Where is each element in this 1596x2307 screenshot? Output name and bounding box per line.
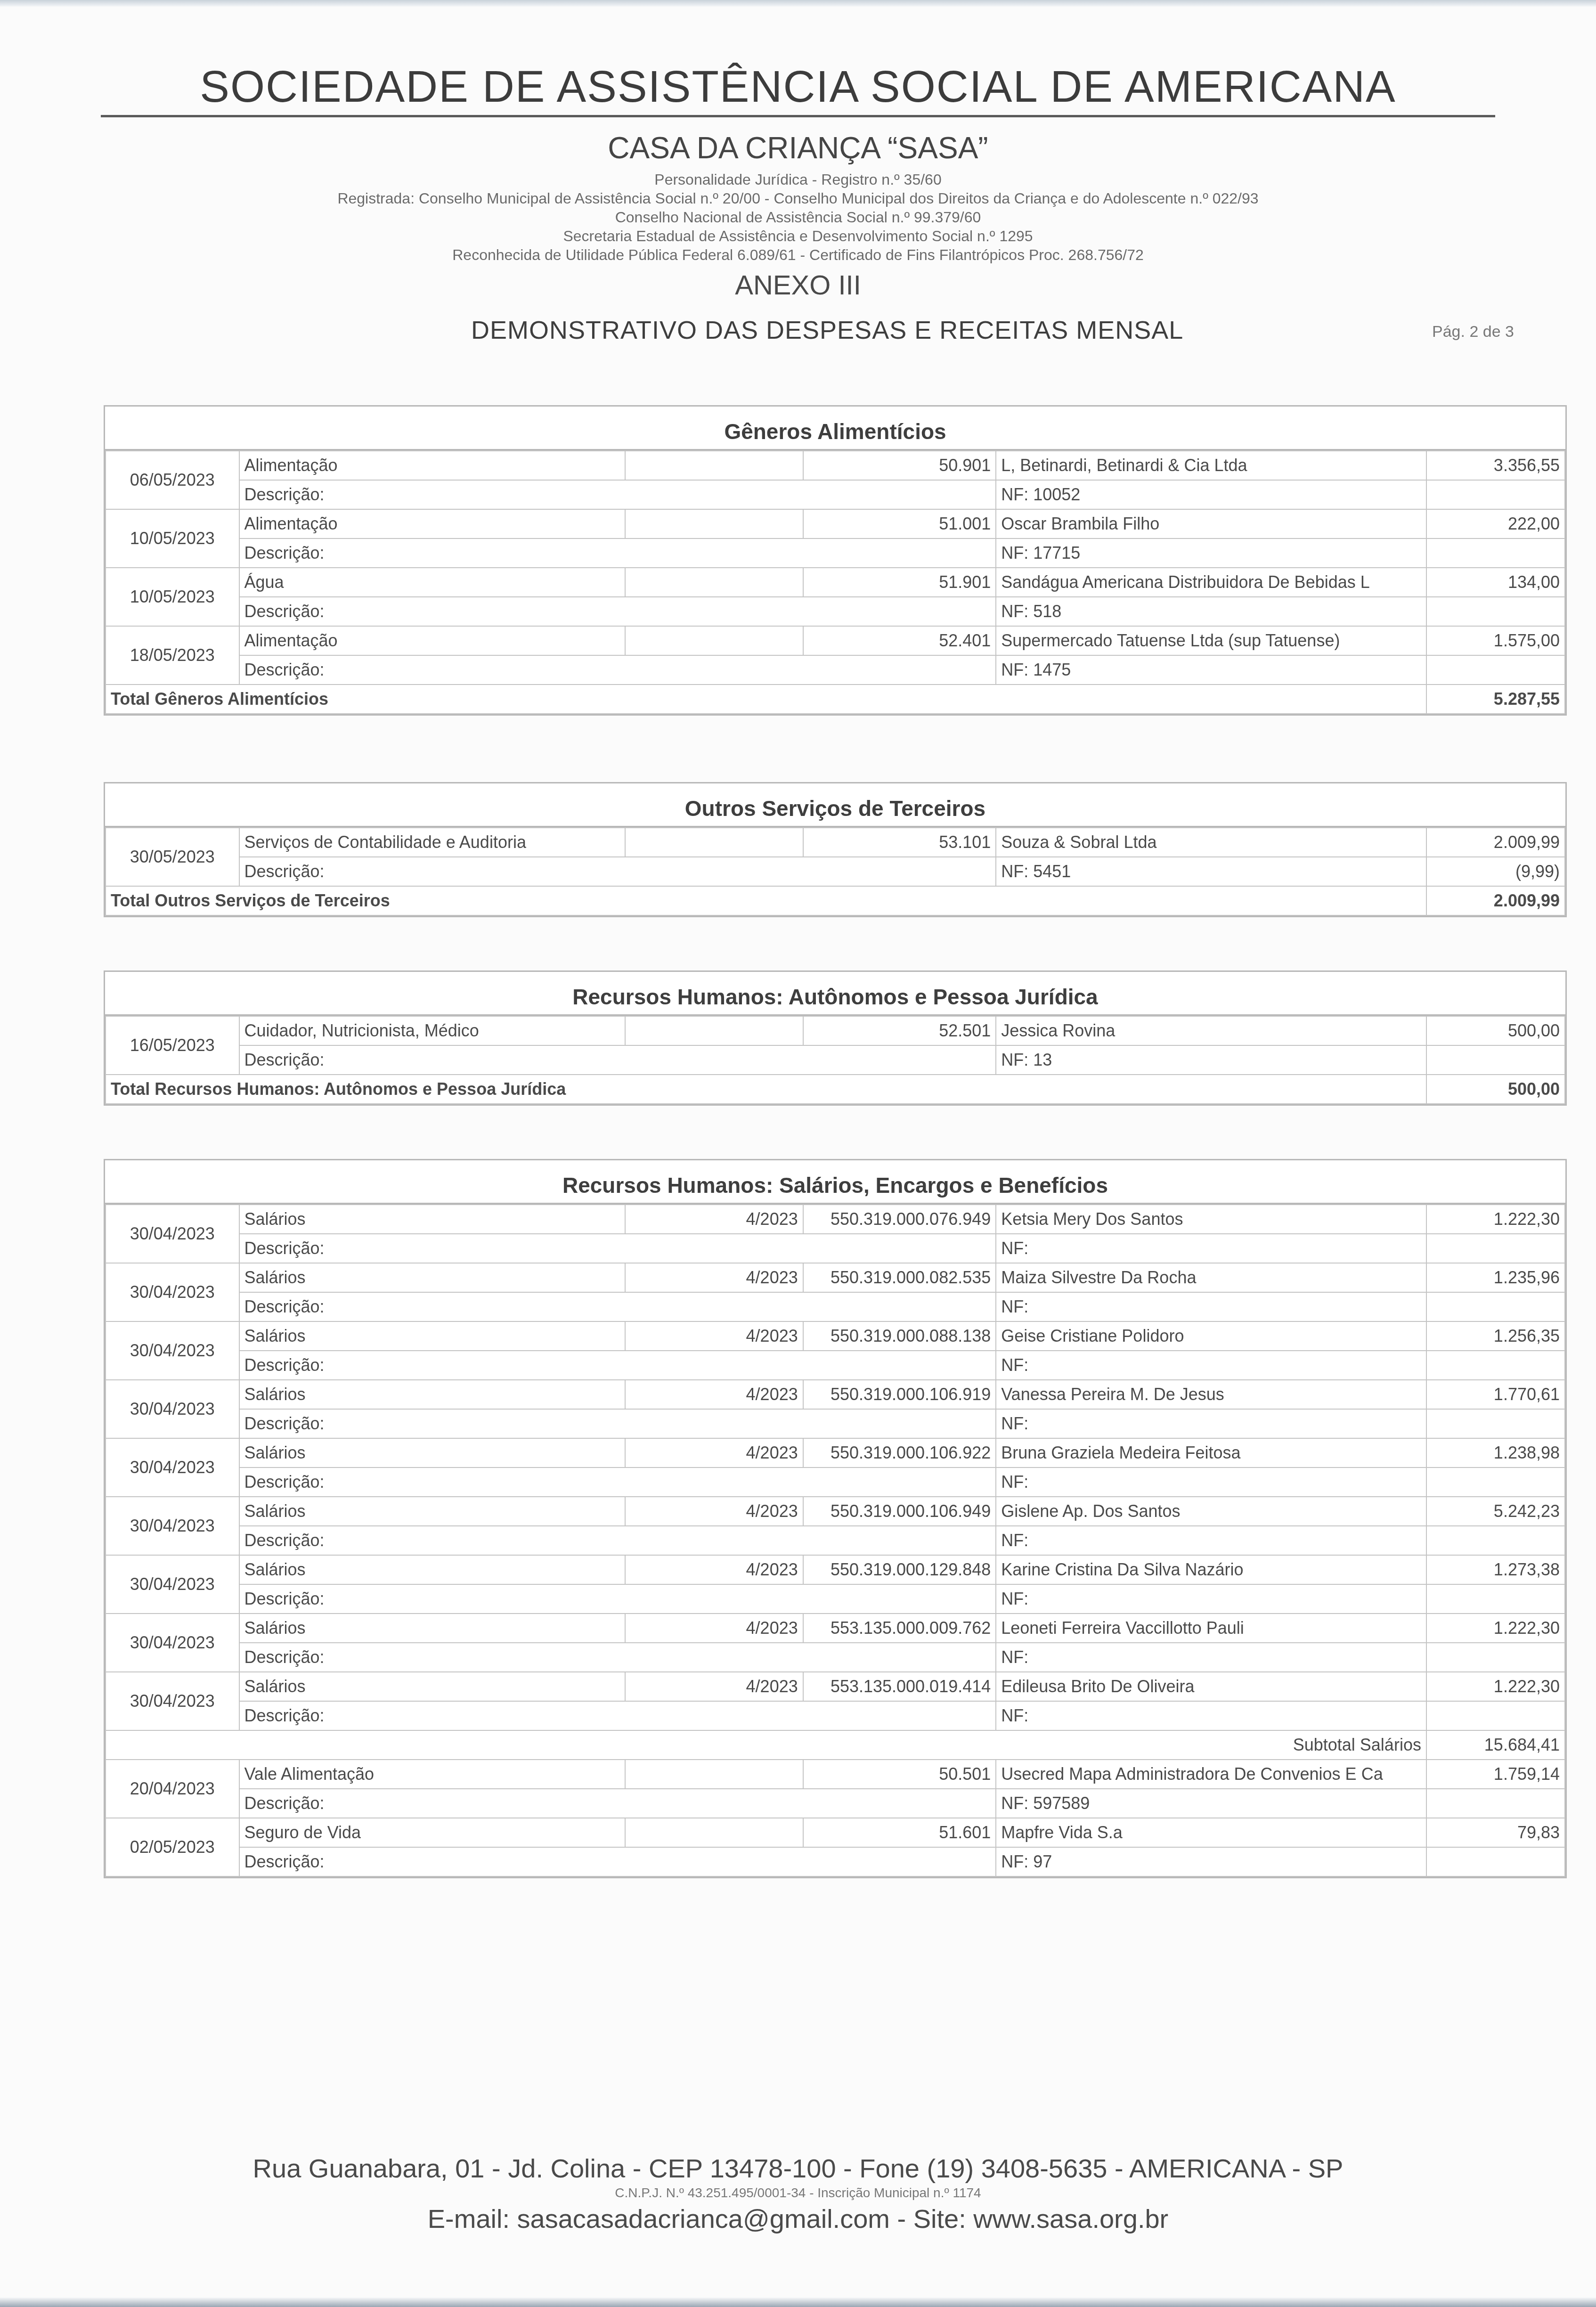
entry-note — [1426, 655, 1565, 685]
registration-line: Personalidade Jurídica - Registro n.º 35… — [0, 170, 1596, 189]
registration-line: Registrada: Conselho Municipal de Assist… — [0, 189, 1596, 208]
entry-date: 16/05/2023 — [106, 1016, 239, 1075]
subtotal-row: Subtotal Salários15.684,41 — [106, 1730, 1565, 1760]
total-label: Total Gêneros Alimentícios — [106, 685, 1426, 714]
entry-description-label: Descrição: — [239, 857, 996, 886]
entry-vendor: Vanessa Pereira M. De Jesus — [996, 1380, 1426, 1409]
entry-description-label: Descrição: — [239, 1847, 996, 1876]
entry-period — [625, 1760, 803, 1789]
entry-nf: NF: — [996, 1467, 1426, 1497]
section-4: Recursos Humanos: Salários, Encargos e B… — [104, 1159, 1567, 1878]
footer-address: Rua Guanabara, 01 - Jd. Colina - CEP 134… — [0, 2153, 1596, 2184]
entry-category: Salários — [239, 1555, 625, 1584]
section-2: Outros Serviços de Terceiros30/05/2023Se… — [104, 782, 1567, 917]
table-row-detail: Descrição:NF: 5451(9,99) — [106, 857, 1565, 886]
entry-note — [1426, 1789, 1565, 1818]
entries-table: 30/05/2023Serviços de Contabilidade e Au… — [105, 827, 1565, 916]
entry-category: Salários — [239, 1380, 625, 1409]
total-label: Total Recursos Humanos: Autônomos e Pess… — [106, 1075, 1426, 1104]
entry-category: Salários — [239, 1497, 625, 1526]
entry-category: Alimentação — [239, 451, 625, 480]
entry-value: 5.242,23 — [1426, 1497, 1565, 1526]
entry-date: 20/04/2023 — [106, 1760, 239, 1818]
entry-category: Seguro de Vida — [239, 1818, 625, 1847]
table-row-detail: Descrição:NF: 10052 — [106, 480, 1565, 509]
table-row: 30/04/2023Salários4/2023550.319.000.106.… — [106, 1380, 1565, 1409]
entries-table: 30/04/2023Salários4/2023550.319.000.076.… — [105, 1204, 1565, 1877]
entry-description-label: Descrição: — [239, 1789, 996, 1818]
section-3: Recursos Humanos: Autônomos e Pessoa Jur… — [104, 970, 1567, 1106]
table-row-detail: Descrição:NF: — [106, 1643, 1565, 1672]
total-label: Total Outros Serviços de Terceiros — [106, 886, 1426, 915]
entry-date: 10/05/2023 — [106, 568, 239, 626]
table-row-detail: Descrição:NF: — [106, 1526, 1565, 1555]
total-row: Total Gêneros Alimentícios5.287,55 — [106, 685, 1565, 714]
entry-value: 1.235,96 — [1426, 1263, 1565, 1292]
entry-period: 4/2023 — [625, 1497, 803, 1526]
entry-description-label: Descrição: — [239, 538, 996, 568]
registration-line: Reconhecida de Utilidade Pública Federal… — [0, 245, 1596, 264]
entry-nf: NF: 97 — [996, 1847, 1426, 1876]
entry-vendor: Souza & Sobral Ltda — [996, 828, 1426, 857]
entry-value: 134,00 — [1426, 568, 1565, 597]
entry-category: Salários — [239, 1438, 625, 1467]
entry-note — [1426, 538, 1565, 568]
entry-value: 1.238,98 — [1426, 1438, 1565, 1467]
total-row: Total Outros Serviços de Terceiros2.009,… — [106, 886, 1565, 915]
entry-description-label: Descrição: — [239, 1045, 996, 1075]
registration-line: Conselho Nacional de Assistência Social … — [0, 208, 1596, 227]
entry-description-label: Descrição: — [239, 1234, 996, 1263]
entry-period — [625, 1016, 803, 1045]
entry-description-label: Descrição: — [239, 1701, 996, 1730]
entry-note — [1426, 1351, 1565, 1380]
entry-note — [1426, 1467, 1565, 1497]
table-row: 02/05/2023Seguro de Vida51.601Mapfre Vid… — [106, 1818, 1565, 1847]
entries-table: 06/05/2023Alimentação50.901L, Betinardi,… — [105, 450, 1565, 714]
table-row-detail: Descrição:NF: — [106, 1351, 1565, 1380]
entry-category: Salários — [239, 1614, 625, 1643]
entry-note — [1426, 1526, 1565, 1555]
table-row-detail: Descrição:NF: 597589 — [106, 1789, 1565, 1818]
entry-category: Salários — [239, 1672, 625, 1701]
table-row: 10/05/2023Água51.901Sandágua Americana D… — [106, 568, 1565, 597]
table-row-detail: Descrição:NF: — [106, 1584, 1565, 1614]
entry-vendor: Leoneti Ferreira Vaccillotto Pauli — [996, 1614, 1426, 1643]
table-row-detail: Descrição:NF: 13 — [106, 1045, 1565, 1075]
document-title: DEMONSTRATIVO DAS DESPESAS E RECEITAS ME… — [471, 316, 1183, 345]
table-row-detail: Descrição:NF: — [106, 1467, 1565, 1497]
table-row: 30/04/2023Salários4/2023550.319.000.076.… — [106, 1205, 1565, 1234]
entry-period: 4/2023 — [625, 1205, 803, 1234]
entry-category: Salários — [239, 1263, 625, 1292]
footer-cnpj: C.N.P.J. N.º 43.251.495/0001-34 - Inscri… — [0, 2185, 1596, 2201]
entry-vendor: Supermercado Tatuense Ltda (sup Tatuense… — [996, 626, 1426, 655]
entry-note — [1426, 1643, 1565, 1672]
entry-vendor: Ketsia Mery Dos Santos — [996, 1205, 1426, 1234]
entry-period: 4/2023 — [625, 1438, 803, 1467]
entry-nf: NF: 597589 — [996, 1789, 1426, 1818]
entry-nf: NF: 518 — [996, 597, 1426, 626]
table-row-detail: Descrição:NF: 17715 — [106, 538, 1565, 568]
entry-nf: NF: — [996, 1701, 1426, 1730]
entry-value: 1.222,30 — [1426, 1614, 1565, 1643]
section-title: Recursos Humanos: Autônomos e Pessoa Jur… — [105, 972, 1565, 1016]
entry-date: 30/04/2023 — [106, 1672, 239, 1730]
entry-value: 1.770,61 — [1426, 1380, 1565, 1409]
entry-value: 1.575,00 — [1426, 626, 1565, 655]
entry-period: 4/2023 — [625, 1614, 803, 1643]
entry-nf: NF: — [996, 1584, 1426, 1614]
entry-code: 52.501 — [803, 1016, 996, 1045]
entry-date: 10/05/2023 — [106, 509, 239, 568]
table-row-detail: Descrição:NF: 97 — [106, 1847, 1565, 1876]
entry-value: 1.222,30 — [1426, 1672, 1565, 1701]
table-row: 30/05/2023Serviços de Contabilidade e Au… — [106, 828, 1565, 857]
entry-note — [1426, 1234, 1565, 1263]
total-value: 2.009,99 — [1426, 886, 1565, 915]
entry-nf: NF: 10052 — [996, 480, 1426, 509]
entry-note — [1426, 1409, 1565, 1438]
entry-code: 51.901 — [803, 568, 996, 597]
entry-category: Alimentação — [239, 626, 625, 655]
entry-code: 550.319.000.076.949 — [803, 1205, 996, 1234]
entry-period — [625, 626, 803, 655]
entry-code: 50.501 — [803, 1760, 996, 1789]
entry-category: Alimentação — [239, 509, 625, 538]
entry-value: 500,00 — [1426, 1016, 1565, 1045]
table-row: 30/04/2023Salários4/2023553.135.000.009.… — [106, 1614, 1565, 1643]
entry-vendor: Edileusa Brito De Oliveira — [996, 1672, 1426, 1701]
entry-period: 4/2023 — [625, 1380, 803, 1409]
entry-nf: NF: — [996, 1643, 1426, 1672]
entry-description-label: Descrição: — [239, 1351, 996, 1380]
page-edge-top — [0, 0, 1596, 7]
entry-code: 550.319.000.129.848 — [803, 1555, 996, 1584]
entry-code: 52.401 — [803, 626, 996, 655]
entry-description-label: Descrição: — [239, 1526, 996, 1555]
entry-value: 79,83 — [1426, 1818, 1565, 1847]
footer: Rua Guanabara, 01 - Jd. Colina - CEP 134… — [0, 2153, 1596, 2234]
entry-vendor: L, Betinardi, Betinardi & Cia Ltda — [996, 451, 1426, 480]
sub-name: CASA DA CRIANÇA “SASA” — [0, 130, 1596, 165]
table-row: 16/05/2023Cuidador, Nutricionista, Médic… — [106, 1016, 1565, 1045]
entry-note — [1426, 480, 1565, 509]
entry-nf: NF: — [996, 1351, 1426, 1380]
entry-description-label: Descrição: — [239, 1584, 996, 1614]
entry-period — [625, 1818, 803, 1847]
table-row: 06/05/2023Alimentação50.901L, Betinardi,… — [106, 451, 1565, 480]
subtotal-value: 15.684,41 — [1426, 1730, 1565, 1760]
entry-date: 30/05/2023 — [106, 828, 239, 886]
entry-vendor: Bruna Graziela Medeira Feitosa — [996, 1438, 1426, 1467]
entry-description-label: Descrição: — [239, 480, 996, 509]
entry-nf: NF: — [996, 1409, 1426, 1438]
entry-description-label: Descrição: — [239, 597, 996, 626]
section-title: Recursos Humanos: Salários, Encargos e B… — [105, 1160, 1565, 1204]
table-row: 20/04/2023Vale Alimentação50.501Usecred … — [106, 1760, 1565, 1789]
entry-date: 30/04/2023 — [106, 1205, 239, 1263]
entry-code: 550.319.000.106.919 — [803, 1380, 996, 1409]
entry-code: 51.601 — [803, 1818, 996, 1847]
entry-code: 53.101 — [803, 828, 996, 857]
entry-category: Vale Alimentação — [239, 1760, 625, 1789]
entry-nf: NF: 1475 — [996, 655, 1426, 685]
table-row-detail: Descrição:NF: — [106, 1234, 1565, 1263]
org-name: SOCIEDADE DE ASSISTÊNCIA SOCIAL DE AMERI… — [101, 61, 1495, 117]
entry-date: 30/04/2023 — [106, 1614, 239, 1672]
entry-category: Serviços de Contabilidade e Auditoria — [239, 828, 625, 857]
entry-vendor: Gislene Ap. Dos Santos — [996, 1497, 1426, 1526]
entry-date: 30/04/2023 — [106, 1321, 239, 1380]
entry-note — [1426, 1847, 1565, 1876]
table-row-detail: Descrição:NF: 1475 — [106, 655, 1565, 685]
entry-vendor: Usecred Mapa Administradora De Convenios… — [996, 1760, 1426, 1789]
total-value: 500,00 — [1426, 1075, 1565, 1104]
entry-value: 3.356,55 — [1426, 451, 1565, 480]
entry-nf: NF: 17715 — [996, 538, 1426, 568]
table-row: 30/04/2023Salários4/2023550.319.000.088.… — [106, 1321, 1565, 1351]
entry-vendor: Mapfre Vida S.a — [996, 1818, 1426, 1847]
entry-period — [625, 451, 803, 480]
entry-vendor: Sandágua Americana Distribuidora De Bebi… — [996, 568, 1426, 597]
table-row: 30/04/2023Salários4/2023550.319.000.106.… — [106, 1497, 1565, 1526]
entry-note: (9,99) — [1426, 857, 1565, 886]
entry-period — [625, 828, 803, 857]
page-number: Pág. 2 de 3 — [1432, 323, 1514, 341]
entry-vendor: Geise Cristiane Polidoro — [996, 1321, 1426, 1351]
entry-period: 4/2023 — [625, 1672, 803, 1701]
entry-date: 30/04/2023 — [106, 1438, 239, 1497]
total-row: Total Recursos Humanos: Autônomos e Pess… — [106, 1075, 1565, 1104]
entry-nf: NF: — [996, 1292, 1426, 1321]
section-title: Gêneros Alimentícios — [105, 407, 1565, 450]
page-edge-bottom — [0, 2298, 1596, 2307]
entry-code: 550.319.000.106.949 — [803, 1497, 996, 1526]
entry-vendor: Karine Cristina Da Silva Nazário — [996, 1555, 1426, 1584]
entry-nf: NF: 5451 — [996, 857, 1426, 886]
entry-nf: NF: — [996, 1234, 1426, 1263]
table-row: 18/05/2023Alimentação52.401Supermercado … — [106, 626, 1565, 655]
table-row-detail: Descrição:NF: 518 — [106, 597, 1565, 626]
entry-note — [1426, 1292, 1565, 1321]
entry-period: 4/2023 — [625, 1263, 803, 1292]
entry-category: Salários — [239, 1321, 625, 1351]
entry-value: 1.759,14 — [1426, 1760, 1565, 1789]
entry-value: 1.222,30 — [1426, 1205, 1565, 1234]
entry-value: 1.273,38 — [1426, 1555, 1565, 1584]
entry-note — [1426, 1045, 1565, 1075]
entry-description-label: Descrição: — [239, 1292, 996, 1321]
entry-vendor: Maiza Silvestre Da Rocha — [996, 1263, 1426, 1292]
entry-date: 30/04/2023 — [106, 1497, 239, 1555]
entry-code: 550.319.000.082.535 — [803, 1263, 996, 1292]
table-row: 10/05/2023Alimentação51.001Oscar Brambil… — [106, 509, 1565, 538]
entry-date: 06/05/2023 — [106, 451, 239, 509]
entry-date: 30/04/2023 — [106, 1263, 239, 1321]
entry-category: Salários — [239, 1205, 625, 1234]
entry-description-label: Descrição: — [239, 655, 996, 685]
entry-code: 553.135.000.009.762 — [803, 1614, 996, 1643]
entry-code: 550.319.000.088.138 — [803, 1321, 996, 1351]
annex-label: ANEXO III — [0, 269, 1596, 301]
entry-code: 550.319.000.106.922 — [803, 1438, 996, 1467]
entry-date: 30/04/2023 — [106, 1380, 239, 1438]
footer-contact: E-mail: sasacasadacrianca@gmail.com - Si… — [0, 2203, 1596, 2234]
entry-code: 50.901 — [803, 451, 996, 480]
table-row: 30/04/2023Salários4/2023550.319.000.129.… — [106, 1555, 1565, 1584]
entry-value: 2.009,99 — [1426, 828, 1565, 857]
table-row-detail: Descrição:NF: — [106, 1292, 1565, 1321]
entry-note — [1426, 1701, 1565, 1730]
entry-vendor: Oscar Brambila Filho — [996, 509, 1426, 538]
table-row: 30/04/2023Salários4/2023553.135.000.019.… — [106, 1672, 1565, 1701]
entry-code: 51.001 — [803, 509, 996, 538]
section-1: Gêneros Alimentícios06/05/2023Alimentaçã… — [104, 405, 1567, 716]
total-value: 5.287,55 — [1426, 685, 1565, 714]
entries-table: 16/05/2023Cuidador, Nutricionista, Médic… — [105, 1016, 1565, 1104]
registration-line: Secretaria Estadual de Assistência e Des… — [0, 227, 1596, 245]
entry-note — [1426, 1584, 1565, 1614]
table-row: 30/04/2023Salários4/2023550.319.000.082.… — [106, 1263, 1565, 1292]
section-title: Outros Serviços de Terceiros — [105, 783, 1565, 827]
entry-code: 553.135.000.019.414 — [803, 1672, 996, 1701]
entry-note — [1426, 597, 1565, 626]
table-row-detail: Descrição:NF: — [106, 1409, 1565, 1438]
entry-value: 222,00 — [1426, 509, 1565, 538]
table-row-detail: Descrição:NF: — [106, 1701, 1565, 1730]
entry-description-label: Descrição: — [239, 1467, 996, 1497]
entry-category: Cuidador, Nutricionista, Médico — [239, 1016, 625, 1045]
entry-value: 1.256,35 — [1426, 1321, 1565, 1351]
table-row: 30/04/2023Salários4/2023550.319.000.106.… — [106, 1438, 1565, 1467]
entry-period: 4/2023 — [625, 1321, 803, 1351]
entry-period — [625, 509, 803, 538]
entry-nf: NF: — [996, 1526, 1426, 1555]
entry-category: Água — [239, 568, 625, 597]
subtotal-label: Subtotal Salários — [106, 1730, 1426, 1760]
entry-nf: NF: 13 — [996, 1045, 1426, 1075]
entry-date: 30/04/2023 — [106, 1555, 239, 1614]
entry-description-label: Descrição: — [239, 1409, 996, 1438]
entry-vendor: Jessica Rovina — [996, 1016, 1426, 1045]
entry-description-label: Descrição: — [239, 1643, 996, 1672]
entry-date: 18/05/2023 — [106, 626, 239, 685]
letterhead: SOCIEDADE DE ASSISTÊNCIA SOCIAL DE AMERI… — [0, 61, 1596, 264]
entry-period — [625, 568, 803, 597]
entry-period: 4/2023 — [625, 1555, 803, 1584]
entry-date: 02/05/2023 — [106, 1818, 239, 1876]
